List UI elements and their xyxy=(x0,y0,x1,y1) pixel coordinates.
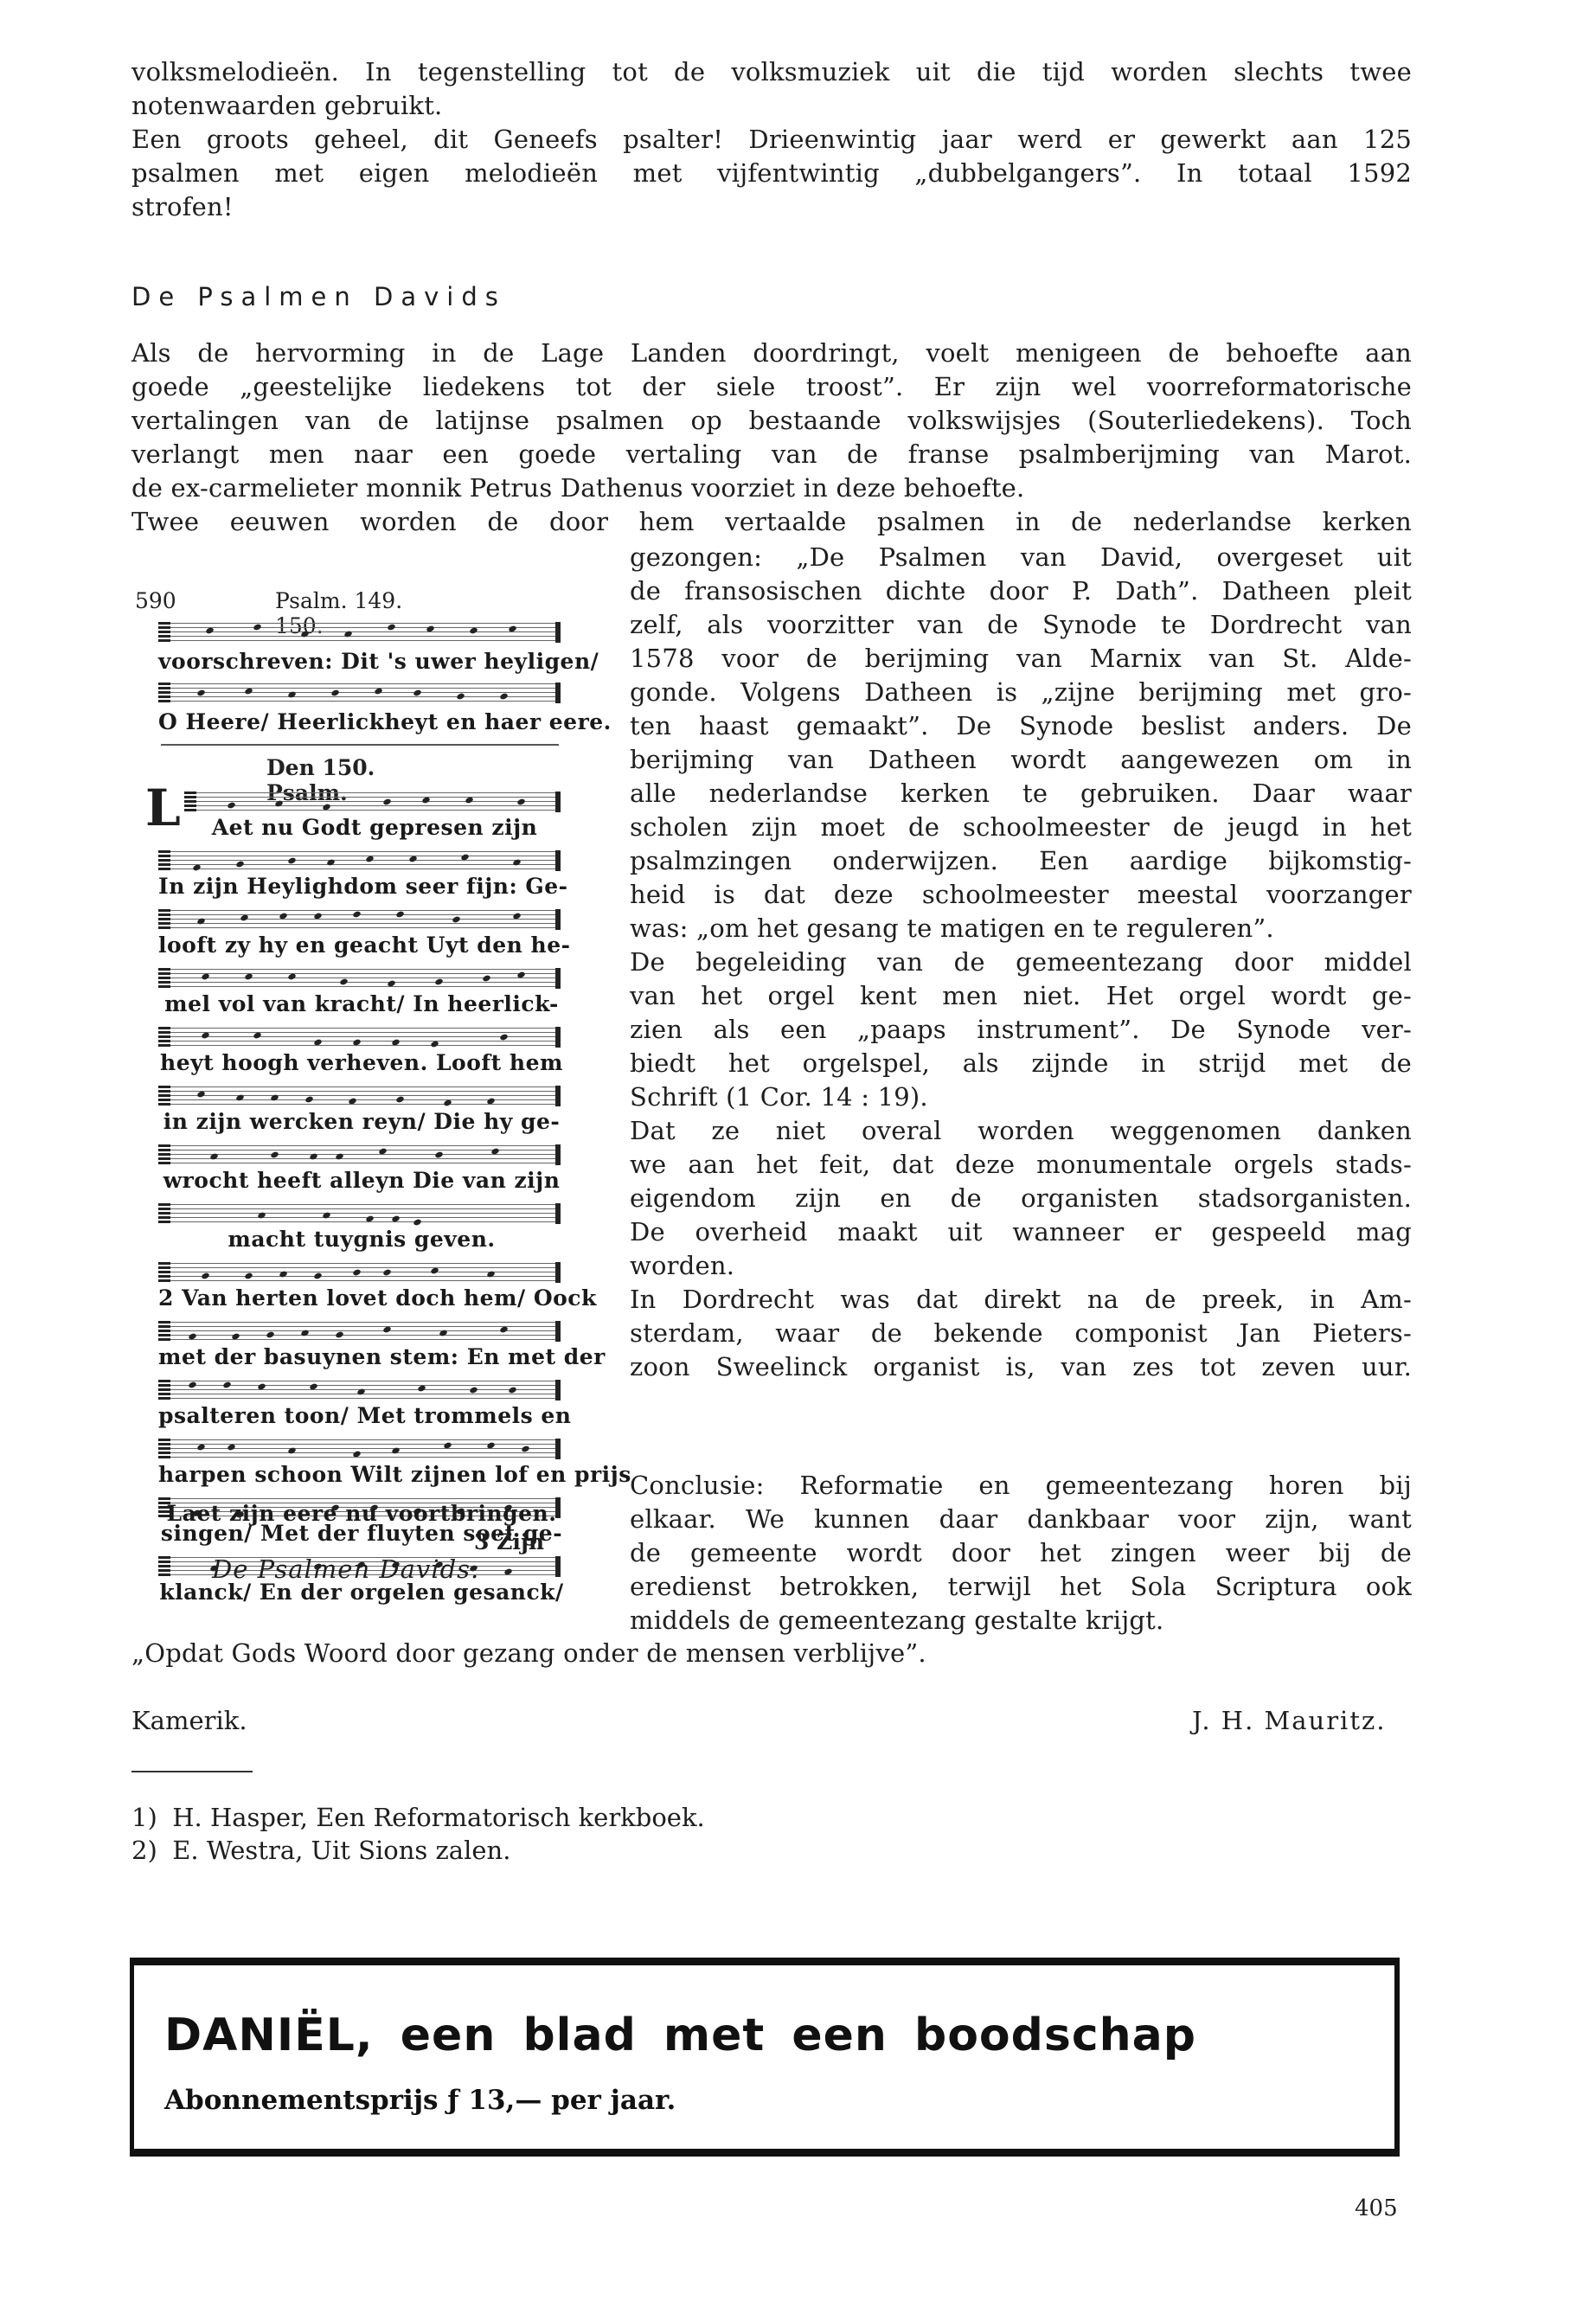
advertisement-box: DANIËL, een blad met een boodschap Abonn… xyxy=(130,1958,1400,2157)
psalter-music-figure: 590 Psalm. 149. 150. voorschreven: Dit '… xyxy=(137,588,431,1609)
intro-paragraph: volksmelodieën. In tegenstelling tot de … xyxy=(131,55,1412,224)
text-line: strofen! xyxy=(131,190,1412,224)
music-staff xyxy=(158,1381,561,1400)
ad-border-right xyxy=(1394,1965,1400,2149)
footnote-text: H. Hasper, Een Reformatorisch kerkboek. xyxy=(172,1803,705,1832)
text-line: zien als een „paaps instrument”. De Syno… xyxy=(630,1013,1412,1047)
lyric-line: 2 Van herten lovet doch hem/ Oock xyxy=(158,1285,565,1311)
music-staff xyxy=(158,1145,561,1164)
text-line: gezongen: „De Psalmen van David, overges… xyxy=(630,541,1412,574)
text-line: notenwaarden gebruikt. xyxy=(131,89,1412,123)
text-line: was: „om het gesang te matigen en te reg… xyxy=(630,912,1412,945)
footnote-text: E. Westra, Uit Sions zalen. xyxy=(172,1836,510,1865)
music-staff xyxy=(158,1028,561,1047)
lyric-line: looft zy hy en geacht Uyt den he- xyxy=(158,933,565,958)
text-line: Als de hervorming in de Lage Landen door… xyxy=(131,336,1412,370)
section-paragraph: Als de hervorming in de Lage Landen door… xyxy=(131,336,1412,539)
footnote: 2) E. Westra, Uit Sions zalen. xyxy=(131,1834,705,1867)
text-line: elkaar. We kunnen daar dankbaar voor zij… xyxy=(630,1503,1412,1536)
music-staff xyxy=(158,1204,561,1223)
footnotes: 1) H. Hasper, Een Reformatorisch kerkboe… xyxy=(131,1801,705,1867)
ad-border-left xyxy=(130,1965,134,2149)
figure-page-number: 590 xyxy=(135,588,176,613)
music-staff xyxy=(158,1086,561,1106)
text-line: gonde. Volgens Datheen is „zijne berijmi… xyxy=(630,676,1412,709)
closing-quote: „Opdat Gods Woord door gezang onder de m… xyxy=(131,1637,1170,1670)
drop-cap: L xyxy=(145,779,181,837)
footnote: 1) H. Hasper, Een Reformatorisch kerkboe… xyxy=(131,1801,705,1834)
catchword: 3 Zijn xyxy=(474,1529,544,1554)
text-line: Een groots geheel, dit Geneefs psalter! … xyxy=(131,123,1412,157)
ad-border-top xyxy=(130,1958,1400,1965)
text-line: de fransosischen dichte door P. Dath”. D… xyxy=(630,574,1412,608)
lyric-line: In zijn Heylighdom seer fijn: Ge- xyxy=(158,874,565,899)
text-line: scholen zijn moet de schoolmeester de je… xyxy=(630,811,1412,844)
music-staff xyxy=(158,623,561,642)
text-line: Twee eeuwen worden de door hem vertaalde… xyxy=(131,505,1412,539)
text-line: biedt het orgelspel, als zijnde in strij… xyxy=(630,1047,1412,1080)
divider xyxy=(161,744,559,746)
music-staff xyxy=(158,851,561,870)
music-staff xyxy=(158,910,561,929)
music-staff xyxy=(158,683,561,702)
lyric-line: met der basuynen stem: En met der xyxy=(158,1344,565,1369)
lyric-line: Laet zijn eere nu voortbringen. xyxy=(158,1501,565,1526)
text-line: ten haast gemaakt”. De Synode beslist an… xyxy=(630,709,1412,743)
lyric-line: voorschreven: Dit 's uwer heyligen/ xyxy=(158,649,565,674)
lyric-line: wrocht heeft alleyn Die van zijn xyxy=(158,1168,565,1193)
text-line: de ex-carmelieter monnik Petrus Dathenus… xyxy=(131,471,1412,505)
figure-caption: De Psalmen Davids. xyxy=(212,1554,479,1584)
text-line: van het orgel kent men niet. Het orgel w… xyxy=(630,979,1412,1013)
page-number: 405 xyxy=(1355,2195,1398,2221)
footnote-number: 1) xyxy=(131,1801,164,1834)
music-staff xyxy=(158,1263,561,1282)
footnote-number: 2) xyxy=(131,1834,164,1867)
text-line: Conclusie: Reformatie en gemeentezang ho… xyxy=(630,1469,1412,1503)
text-line: eigendom zijn en de organisten stadsorga… xyxy=(630,1182,1412,1215)
author-name: J. H. Mauritz. xyxy=(1192,1706,1387,1735)
text-line: eredienst betrokken, terwijl het Sola Sc… xyxy=(630,1570,1412,1604)
text-line: zelf, als voorzitter van de Synode te Do… xyxy=(630,608,1412,642)
ad-subtitle: Abonnementsprijs ƒ 13,— per jaar. xyxy=(164,2085,676,2116)
text-line: alle nederlandse kerken te gebruiken. Da… xyxy=(630,777,1412,811)
ad-title: DANIËL, een blad met een boodschap xyxy=(164,2009,1196,2061)
footnote-rule xyxy=(131,1771,253,1772)
music-staff xyxy=(158,1439,561,1458)
lyric-line: in zijn wercken reyn/ Die hy ge- xyxy=(158,1109,565,1134)
lyric-line: psalteren toon/ Met trommels en xyxy=(158,1403,565,1428)
section-heading: De Psalmen Davids xyxy=(131,282,506,311)
text-line: Schrift (1 Cor. 14 : 19). xyxy=(630,1080,1412,1114)
text-line: middels de gemeentezang gestalte krijgt. xyxy=(630,1604,1412,1638)
text-line: berijming van Datheen wordt aangewezen o… xyxy=(630,743,1412,777)
music-staff xyxy=(158,1322,561,1341)
text-line: sterdam, waar de bekende componist Jan P… xyxy=(630,1317,1412,1350)
text-line: worden. xyxy=(630,1249,1412,1283)
text-line: volksmelodieën. In tegenstelling tot de … xyxy=(131,55,1412,89)
lyric-line: mel vol van kracht/ In heerlick- xyxy=(158,991,565,1016)
lyric-line: macht tuygnis geven. xyxy=(158,1227,565,1252)
text-line: In Dordrecht was dat direkt na de preek,… xyxy=(630,1283,1412,1317)
text-line: 1578 voor de berijming van Marnix van St… xyxy=(630,642,1412,676)
music-staff xyxy=(184,792,561,811)
lyric-line: Aet nu Godt gepresen zijn xyxy=(184,815,565,840)
text-line: Dat ze niet overal worden weggenomen dan… xyxy=(630,1114,1412,1148)
text-line: de gemeente wordt door het zingen weer b… xyxy=(630,1536,1412,1570)
lyric-line: harpen schoon Wilt zijnen lof en prijs xyxy=(158,1462,565,1487)
lyric-line: O Heere/ Heerlickheyt en haer eere. xyxy=(158,709,565,734)
text-line: De overheid maakt uit wanneer er gespeel… xyxy=(630,1215,1412,1249)
text-line: verlangt men naar een goede vertaling va… xyxy=(131,438,1412,471)
music-staff xyxy=(158,969,561,988)
document-page: volksmelodieën. In tegenstelling tot de … xyxy=(0,0,1596,2301)
text-line: „Opdat Gods Woord door gezang onder de m… xyxy=(131,1637,1170,1670)
ad-border-bottom xyxy=(130,2149,1400,2157)
text-line: goede „geestelijke liedekens tot der sie… xyxy=(131,370,1412,404)
text-line: psalmen met eigen melodieën met vijfentw… xyxy=(131,157,1412,190)
conclusion-paragraph: Conclusie: Reformatie en gemeentezang ho… xyxy=(630,1469,1412,1638)
text-line: zoon Sweelinck organist is, van zes tot … xyxy=(630,1350,1412,1384)
text-line: vertalingen van de latijnse psalmen op b… xyxy=(131,404,1412,438)
lyric-line: heyt hoogh verheven. Looft hem xyxy=(158,1050,565,1075)
text-line: De begeleiding van de gemeentezang door … xyxy=(630,945,1412,979)
text-line: we aan het feit, dat deze monumentale or… xyxy=(630,1148,1412,1182)
place-name: Kamerik. xyxy=(131,1706,247,1735)
text-line: psalmzingen onderwijzen. Een aardige bij… xyxy=(630,844,1412,878)
text-line: heid is dat deze schoolmeester meestal v… xyxy=(630,878,1412,912)
right-column-text: gezongen: „De Psalmen van David, overges… xyxy=(630,541,1412,1384)
